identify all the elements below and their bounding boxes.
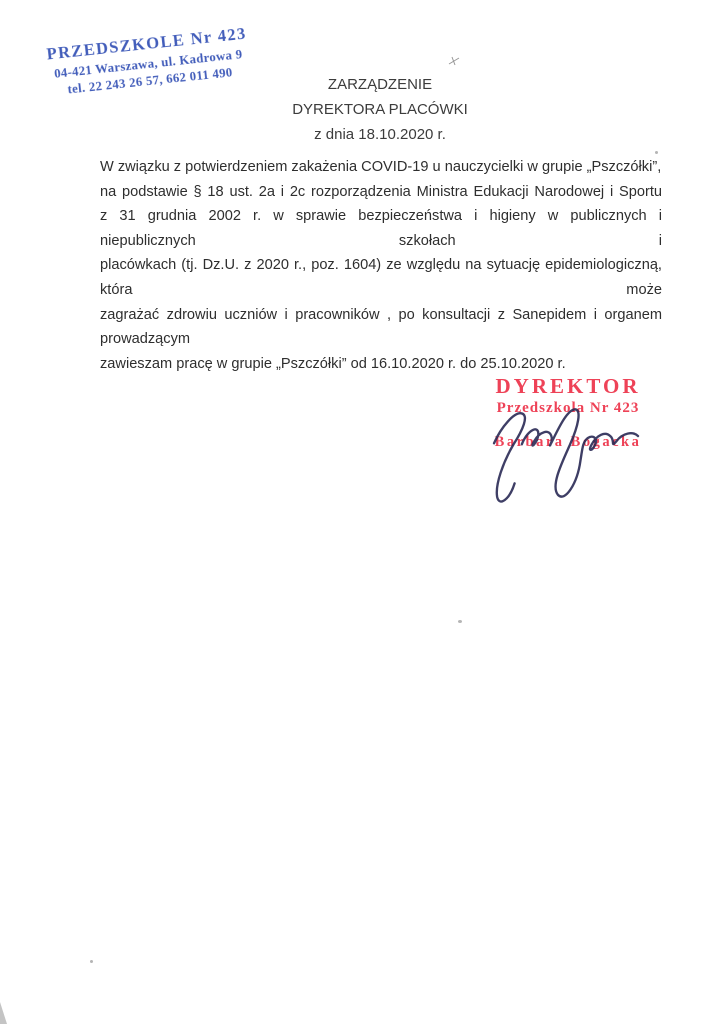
director-stamp: DYREKTOR Przedszkola Nr 423 Barbara Boga…: [478, 374, 658, 451]
stamp-director-title: DYREKTOR: [478, 374, 658, 399]
heading-line-2: DYREKTORA PLACÓWKI: [100, 97, 660, 122]
document-body: W związku z potwierdzeniem zakażenia COV…: [100, 155, 662, 376]
body-line: W związku z potwierdzeniem zakażenia COV…: [100, 155, 662, 180]
heading-line-1: ZARZĄDZENIE: [100, 72, 660, 97]
scan-speck: [90, 960, 93, 963]
scan-corner-shadow: [0, 1002, 10, 1024]
handwritten-signature: [486, 398, 644, 506]
scan-speck: [458, 620, 462, 623]
body-line: z 31 grudnia 2002 r. w sprawie bezpiecze…: [100, 204, 662, 253]
body-line: zagrażać zdrowiu uczniów i pracowników ,…: [100, 303, 662, 352]
body-line: zawieszam pracę w grupie „Pszczółki” od …: [100, 352, 662, 377]
body-line: placówkach (tj. Dz.U. z 2020 r., poz. 16…: [100, 253, 662, 302]
scan-speck: [655, 151, 658, 154]
heading-line-3: z dnia 18.10.2020 r.: [100, 122, 660, 147]
document-page: PRZEDSZKOLE Nr 423 04-421 Warszawa, ul. …: [0, 0, 725, 1024]
body-line: na podstawie § 18 ust. 2a i 2c rozporząd…: [100, 180, 662, 205]
document-heading: ZARZĄDZENIE DYREKTORA PLACÓWKI z dnia 18…: [100, 72, 660, 147]
pen-mark-artifact: [448, 55, 462, 67]
